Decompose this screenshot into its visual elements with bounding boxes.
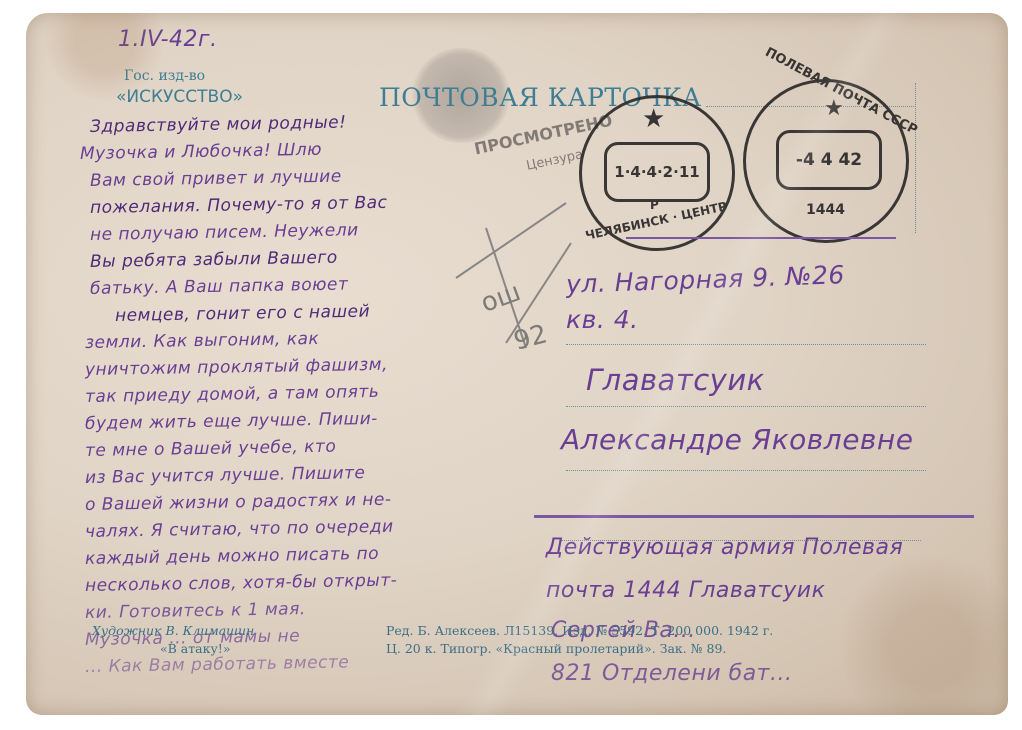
letter-line: чалях. Я считаю, что по очереди (85, 517, 394, 542)
letter-line: земли. Как выгоним, как (85, 329, 320, 353)
sender-line: Действующая армия Полевая (546, 535, 903, 560)
letter-line: уничтожим проклятый фашизм, (85, 355, 388, 380)
address-dotted-line (566, 406, 926, 407)
sender-line: 821 Отделени бат... (551, 661, 792, 686)
handwritten-date: 1.IV-42г. (118, 27, 218, 52)
address-apartment: кв. 4. (566, 305, 639, 334)
sender-line: почта 1444 Главатсуик (546, 578, 825, 603)
field-postmark-date: -4 4 42 (776, 130, 882, 190)
letter-line: немцев, гонит его с нашей (115, 302, 370, 326)
letter-line: будем жить еще лучше. Пиши- (85, 409, 378, 434)
letter-line: Вы ребята забыли Вашего (90, 248, 338, 272)
address-name: Александре Яковлевне (561, 423, 913, 456)
address-dotted-line (566, 470, 926, 471)
postmark-date: 1·4·4·2·11 (604, 142, 710, 202)
imprint-artwork: «В атаку!» (160, 641, 230, 656)
letter-line: те мне о Вашей учебе, кто (85, 437, 337, 461)
letter-line: Здравствуйте мои родные! (90, 113, 347, 137)
letter-line: батьку. А Ваш папка воюет (90, 274, 349, 299)
imprint-line2: Ц. 20 к. Типогр. «Красный пролетарий». З… (386, 641, 726, 656)
address-dotted-line (566, 344, 926, 345)
imprint-artist: Художник В. Климашин (92, 623, 254, 638)
postmark-bottom: Р (650, 198, 659, 212)
letter-line: Вам свой привет и лучшие (90, 167, 342, 191)
censor-stamp-sub: Цензура (525, 147, 584, 174)
letter-line: не получаю писем. Неужели (90, 220, 359, 245)
letter-line: из Вас учится лучше. Пишите (85, 463, 366, 488)
sender-divider (534, 515, 974, 518)
star-icon: ★ (642, 104, 665, 134)
pencil-cross-icon (446, 183, 576, 363)
postcard: 1.IV-42г. Гос. изд-во «ИСКУССТВО» ПОЧТОВ… (26, 13, 1008, 715)
publisher-line1: Гос. изд-во (124, 68, 205, 84)
letter-line: пожелания. Почему-то я от Вас (90, 193, 388, 218)
imprint-artist-text: Художник В. Климашин (92, 623, 254, 638)
letter-line: Музочка и Любочка! Шлю (80, 140, 322, 164)
letter-line: ... Как Вам работать вместе (85, 652, 350, 677)
letter-line: ки. Готовитесь к 1 мая. (85, 599, 306, 623)
ink-underline (626, 237, 896, 239)
publisher-name: «ИСКУССТВО» (116, 87, 243, 107)
letter-line: каждый день можно писать по (85, 544, 379, 569)
field-postmark-bottom: 1444 (806, 202, 845, 218)
address-surname: Главатсуик (586, 363, 765, 397)
address-street: ул. Нагорная 9. №26 (566, 260, 846, 299)
stamp-box-dotted-edge (915, 83, 916, 233)
letter-line: несколько слов, хотя-бы открыт- (85, 571, 398, 596)
letter-line: так приеду домой, а там опять (85, 382, 380, 407)
imprint-line1: Ред. Б. Алексеев. Л15139. Изд. № 5592. Т… (386, 623, 773, 638)
letter-line: о Вашей жизни о радостях и не- (85, 490, 392, 515)
field-postmark-ring-text: ПОЛЕВАЯ ПОЧТА СССР (762, 45, 919, 138)
chelyabinsk-postmark: ★ 1·4·4·2·11 ЧЕЛЯБИНСК · ЦЕНТР Р (579, 95, 735, 251)
field-post-postmark: ★ -4 4 42 ПОЛЕВАЯ ПОЧТА СССР 1444 (743, 79, 909, 243)
